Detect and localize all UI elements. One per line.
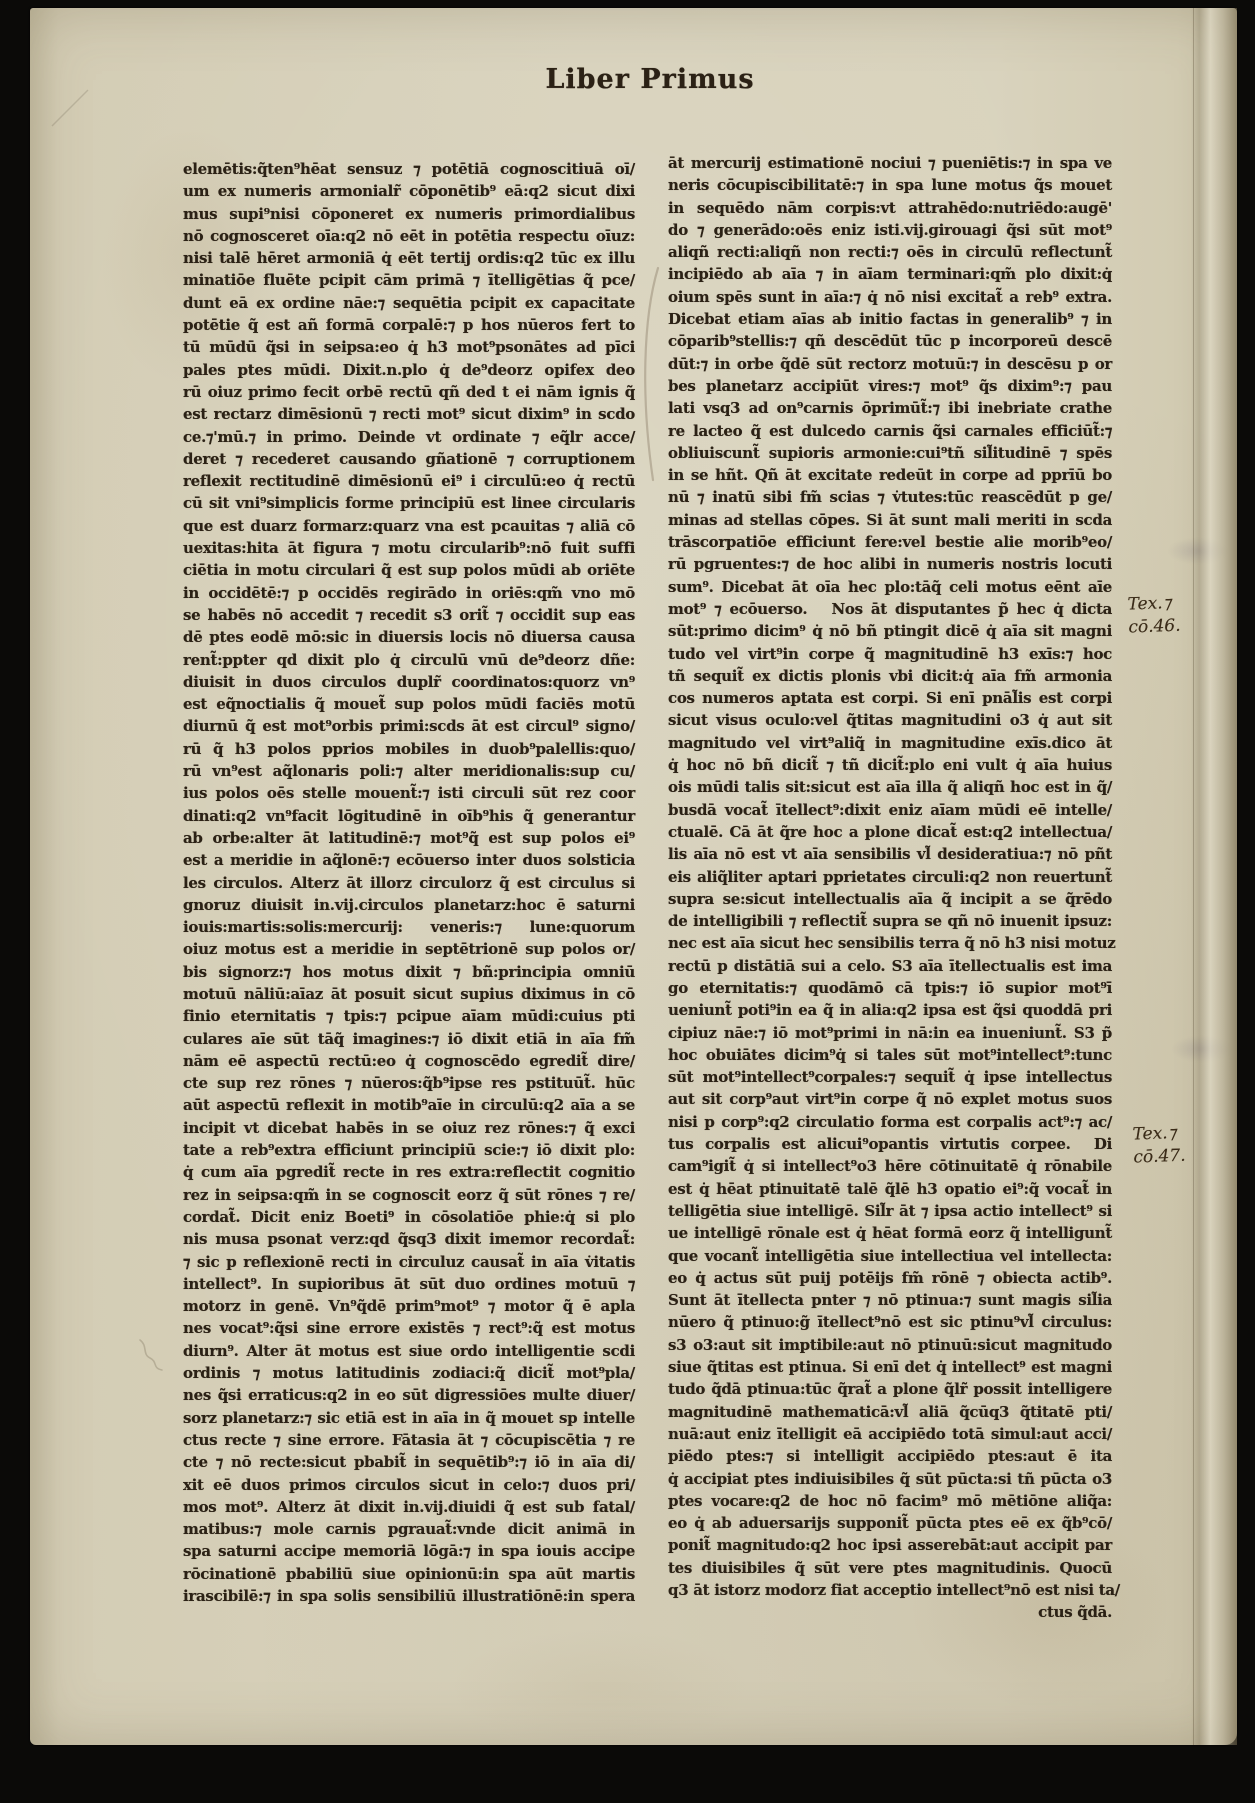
text-line: motorz in genē. Vn⁹q̃dē prim⁹mot⁹ ⁊ moto…: [183, 1295, 635, 1317]
text-line: lati vsq3 ad on⁹carnis ōprimūt̃:⁊ ibi in…: [668, 397, 1112, 419]
text-line: motuū nāliū:aīaz āt posuit sicut supius …: [183, 983, 635, 1005]
text-line: est rectarz dimēsionū ⁊ recti mot⁹ sicut…: [183, 403, 635, 425]
text-line: est q̇ hēat ptinuitatē talē q̃lē h3 opat…: [668, 1178, 1112, 1200]
text-line: minas ad stellas cōpes. Si āt sunt mali …: [668, 509, 1112, 531]
text-line: piēdo ptes:⁊ si intelligit accipiēdo pte…: [668, 1445, 1112, 1467]
text-line: ue intelligē rōnale est q̇ hēat formā eo…: [668, 1222, 1112, 1244]
text-line: ce.⁊'mū.⁊ in primo. Deinde vt ordinate ⁊…: [183, 426, 635, 448]
text-line: cōparib⁹stellis:⁊ qñ descēdūt tūc p inco…: [668, 330, 1112, 352]
text-line: nū ⁊ inatū sibi fm̃ scias ⁊ v̇tutes:tūc …: [668, 486, 1112, 508]
text-line: oium spēs sunt in aīa:⁊ q̇ nō nisi excit…: [668, 286, 1112, 308]
text-line: rū vn⁹est aq̃lonaris poli:⁊ alter meridi…: [183, 760, 635, 782]
text-line: matibus:⁊ mole carnis pgrauat̃:vnde dici…: [183, 1518, 635, 1540]
text-column-right: āt mercurij estimationē nociui ⁊ pueniēt…: [668, 152, 1112, 1624]
text-line: rū q̃ h3 polos pprios mobiles in duob⁹pa…: [183, 738, 635, 760]
text-line: sūt:primo dicim⁹ q̇ nō bñ ptingit dicē q…: [668, 620, 1112, 642]
text-line: diurnū q̃ est mot⁹orbis primi:scds āt es…: [183, 715, 635, 737]
text-line: minatiōe fluēte pcipit cām primā ⁊ ītell…: [183, 269, 635, 291]
marginalia-squiggle: [134, 1334, 168, 1374]
text-line: cū sit vni⁹simplicis forme principiū est…: [183, 492, 635, 514]
text-line: nes q̃si erraticus:q2 in eo sūt digressi…: [183, 1384, 635, 1406]
text-line: irascibilē:⁊ in spa solis sensibiliū ill…: [183, 1585, 635, 1607]
text-line: eo q̇ ab aduersarijs supponit̃ pūcta pte…: [668, 1512, 1112, 1534]
text-line: tudo q̃dā ptinua:tūc q̃rat̃ a plone q̃lr…: [668, 1378, 1112, 1400]
text-line: cte sup rez rōnes ⁊ nūeros:q̃b⁹ipse res …: [183, 1072, 635, 1094]
text-line: telligētia siue intelligē. Sil̃r āt ⁊ ip…: [668, 1200, 1112, 1222]
text-line: rōcinationē pbabiliū siue opinionū:in sp…: [183, 1563, 635, 1585]
text-line: ciētia in motu circulari q̃ est sup polo…: [183, 559, 635, 581]
text-line: deret ⁊ recederet causando gñationē ⁊ co…: [183, 448, 635, 470]
text-line: busdā vocat̃ ītellect⁹:dixit eniz aīam m…: [668, 799, 1112, 821]
text-line: pales ptes mūdi. Dixit.n.plo q̇ de⁹deorz…: [183, 359, 635, 381]
text-line: bes planetarz accipiūt vires:⁊ mot⁹ q̃s …: [668, 375, 1112, 397]
text-line: q̇ accipiat ptes indiuisibiles q̃ sūt pū…: [668, 1468, 1112, 1490]
page-fold-edge: [1191, 8, 1237, 1745]
text-line: que est duarz formarz:quarz vna est pcau…: [183, 515, 635, 537]
text-line: sūt mot⁹intellect⁹corpales:⁊ sequit̃ q̇ …: [668, 1066, 1112, 1088]
text-line: obliuiscunt̃ supioris armonie:cui⁹tñ sil…: [668, 442, 1112, 464]
page-scan: Liber Primus elemētis:q̃ten⁹hēat sensuz …: [30, 8, 1237, 1745]
text-line: cos numeros aptata est corpi. Si enī pnā…: [668, 687, 1112, 709]
text-line: ctus recte ⁊ sine errore. Fātasia āt ⁊ c…: [183, 1429, 635, 1451]
text-line: mus supi⁹nisi cōponeret ex numeris primo…: [183, 203, 635, 225]
text-line: ordinis ⁊ motus latitudinis zodiaci:q̃ d…: [183, 1362, 635, 1384]
text-line: q3 āt istorz modorz fiat acceptio intell…: [668, 1579, 1112, 1601]
text-line: oiuz motus est a meridie in septētrionē …: [183, 938, 635, 960]
text-line: dē ptes eodē mō:sic in diuersis locis nō…: [183, 626, 635, 648]
scanned-book-spread: Liber Primus elemētis:q̃ten⁹hēat sensuz …: [0, 0, 1255, 1803]
text-line: que vocant̃ intelligētia siue intellecti…: [668, 1245, 1112, 1267]
text-line: nām eē aspectū rectū:eo q̇ cognoscēdo eg…: [183, 1050, 635, 1072]
text-line: sicut visus oculo:vel q̃titas magnitudin…: [668, 709, 1112, 731]
text-line: magnitudo vel virt⁹aliq̃ in magnitudine …: [668, 732, 1112, 754]
text-line: dunt eā ex ordine nāe:⁊ sequētia pcipit …: [183, 292, 635, 314]
text-line: gnoruz diuisit in.vij.circulos planetarz…: [183, 894, 635, 916]
text-line: nes vocat⁹:q̃si sine errore existēs ⁊ re…: [183, 1317, 635, 1339]
text-line: q̇ hoc nō bñ dicit̃ ⁊ tñ dicit̃:plo eni …: [668, 754, 1112, 776]
text-line: eo q̇ actus sūt puij potēijs fm̃ rōnē ⁊ …: [668, 1267, 1112, 1289]
text-line: dinati:q2 vn⁹facit lōgitudinē in oīb⁹his…: [183, 805, 635, 827]
text-line: aūt aspectū reflexit in motib⁹aīe in cir…: [183, 1094, 635, 1116]
text-line: ueniunt̃ poti⁹in ea q̃ in alia:q2 ipsa e…: [668, 999, 1112, 1021]
text-line: nuā:aut eniz ītelligit eā accipiēdo totā…: [668, 1423, 1112, 1445]
text-line: in occidētē:⁊ p occidēs regirādo in oriē…: [183, 582, 635, 604]
text-line: ptes vocare:q2 de hoc nō facim⁹ mō mētiō…: [668, 1490, 1112, 1512]
text-line: āt mercurij estimationē nociui ⁊ pueniēt…: [668, 152, 1112, 174]
text-line: s3 o3:aut sit imptibile:aut nō ptinuū:si…: [668, 1334, 1112, 1356]
text-line: supra se:sicut intellectualis aīa q̃ inc…: [668, 888, 1112, 910]
text-line: magnitudinē mathematicā:vl̃ aliā q̃cūq3 …: [668, 1401, 1112, 1423]
text-line: est eq̃noctialis q̃ mouet̃ sup polos mūd…: [183, 693, 635, 715]
text-line: dūt:⁊ in orbe q̃dē sūt rectorz motuū:⁊ i…: [668, 353, 1112, 375]
text-line: tate a reb⁹extra efficiunt principiū sci…: [183, 1139, 635, 1161]
text-line: iouis:martis:solis:mercurij: veneris:⁊ l…: [183, 916, 635, 938]
running-title: Liber Primus: [530, 64, 770, 95]
text-line: hoc obuiātes dicim⁹q̇ si tales sūt mot⁹i…: [668, 1044, 1112, 1066]
text-line: cordat̃. Dicit eniz Boeti⁹ in cōsolatiōe…: [183, 1206, 635, 1228]
text-line: aut sit corp⁹aut virt⁹in corpe q̃ nō exp…: [668, 1088, 1112, 1110]
text-line: intellect⁹. In supioribus āt sūt duo ord…: [183, 1273, 635, 1295]
text-line: sorz planetarz:⁊ sic etiā est in aīa in …: [183, 1407, 635, 1429]
text-line: Sunt āt ītellecta pnter ⁊ nō ptinua:⁊ su…: [668, 1289, 1112, 1311]
text-line: potētie q̃ est añ formā corpalē:⁊ p hos …: [183, 314, 635, 336]
text-line: est a meridie in aq̃lonē:⁊ ecōuerso inte…: [183, 849, 635, 871]
text-line: mot⁹ ⁊ ecōuerso. Nos āt disputantes p̃ h…: [668, 598, 1112, 620]
text-line: tus corpalis est alicui⁹opantis virtutis…: [668, 1133, 1112, 1155]
text-line: um ex numeris armonialr̃ cōponētib⁹ eā:q…: [183, 180, 635, 202]
text-line: tudo vel virt⁹in corpe q̃ magnitudinē h3…: [668, 643, 1112, 665]
text-line: tñ sequit̃ ex dictis plonis vbi dicit:q̇…: [668, 665, 1112, 687]
text-line: reflexit rectitudinē dimēsionū ei⁹ i cir…: [183, 470, 635, 492]
corner-crease-mark: [46, 82, 96, 132]
text-line: nisi talē hēret armoniā q̇ eēt tertij or…: [183, 247, 635, 269]
text-line: incipit vt dicebat habēs in se oiuz rez …: [183, 1117, 635, 1139]
text-line: tū mūdū q̃si in seipsa:eo q̇ h3 mot⁹pson…: [183, 336, 635, 358]
text-line: nis musa psonat verz:qd q̃sq3 dixit imem…: [183, 1228, 635, 1250]
paper-stain: [450, 1628, 750, 1748]
text-line: nō cognosceret oīa:q2 nō eēt in potētia …: [183, 225, 635, 247]
text-line: q̇ cum aīa pgredit̃ recte in res extra:r…: [183, 1161, 635, 1183]
text-line: nisi p corp⁹:q2 circulatio forma est cor…: [668, 1111, 1112, 1133]
text-line: tes diuisibiles q̃ sūt vere ptes magnitu…: [668, 1557, 1112, 1579]
text-line: ab orbe:alter āt latitudinē:⁊ mot⁹q̃ est…: [183, 827, 635, 849]
text-line: cte ⁊ nō recte:sicut pbabit̃ in sequētib…: [183, 1451, 635, 1473]
text-line: incipiēdo ab aīa ⁊ in aīam terminari:qm̃…: [668, 263, 1112, 285]
text-line: rectū p distātiā sui a celo. S3 aīa ītel…: [668, 955, 1112, 977]
text-line: finio eternitatis ⁊ tpis:⁊ pcipue aīam m…: [183, 1005, 635, 1027]
text-line: go eternitatis:⁊ quodāmō cā tpis:⁊ iō su…: [668, 977, 1112, 999]
text-line: Dicebat etiam aīas ab initio factas in g…: [668, 308, 1112, 330]
text-line: in sequēdo nām corpis:vt attrahēdo:nutri…: [668, 197, 1112, 219]
text-line: trāscorpatiōe efficiunt fere:vel bestie …: [668, 531, 1112, 553]
text-line: nūero q̃ ptinuo:g̃ ītellect⁹nō est sic p…: [668, 1311, 1112, 1333]
text-line: aliqñ recti:aliqñ non recti:⁊ oēs in cir…: [668, 241, 1112, 263]
text-line: do ⁊ generādo:oēs eniz isti.vij.girouagi…: [668, 219, 1112, 241]
text-line: re lacteo q̃ est dulcedo carnis q̃si car…: [668, 420, 1112, 442]
text-line: rū oiuz primo fecit orbē rectū qñ ded t …: [183, 381, 635, 403]
text-line: in se hñt. Qñ āt excitate redeūt in corp…: [668, 464, 1112, 486]
text-line: rent̃:ppter qd dixit plo q̇ circulū vnū …: [183, 649, 635, 671]
text-line: elemētis:q̃ten⁹hēat sensuz ⁊ potētiā cog…: [183, 158, 635, 180]
text-line: neris cōcupiscibilitatē:⁊ in spa lune mo…: [668, 174, 1112, 196]
text-line: nec est aīa sicut hec sensibilis terra q…: [668, 932, 1112, 954]
text-line: uexitas:hita āt figura ⁊ motu circularib…: [183, 537, 635, 559]
text-line: de intelligibili ⁊ reflectit̃ supra se q…: [668, 910, 1112, 932]
text-line: culares aīe sūt tāq̃ imagines:⁊ iō dixit…: [183, 1028, 635, 1050]
text-line: lis aīa nō est vt aīa sensibilis vl̃ des…: [668, 843, 1112, 865]
text-line: ctualē. Cā āt q̃re hoc a plone dicat̃ es…: [668, 821, 1112, 843]
text-line: rez in seipsa:qm̃ in se cognoscit eorz q…: [183, 1184, 635, 1206]
text-line-hanging: ctus q̃dā.: [668, 1601, 1112, 1623]
text-line: siue q̃titas est ptinua. Si enī det q̇ i…: [668, 1356, 1112, 1378]
text-line: diurn⁹. Alter āt motus est siue ordo int…: [183, 1340, 635, 1362]
text-line: spa saturni accipe memoriā lōgā:⁊ in spa…: [183, 1540, 635, 1562]
text-line: ponit̃ magnitudo:q2 hoc ipsi asserebāt:a…: [668, 1534, 1112, 1556]
text-line: bis signorz:⁊ hos motus dixit ⁊ bñ:princ…: [183, 961, 635, 983]
ink-bracket-mark: [628, 258, 670, 490]
text-line: diuisit in duos circulos duplr̃ coordina…: [183, 671, 635, 693]
text-column-left: elemētis:q̃ten⁹hēat sensuz ⁊ potētiā cog…: [183, 158, 635, 1607]
text-line: eis aliq̃liter aptari pprietates circuli…: [668, 866, 1112, 888]
text-line: cam⁹igit̃ q̇ si intellect⁹o3 hēre cōtinu…: [668, 1155, 1112, 1177]
text-line: cipiuz nāe:⁊ iō mot⁹primi in nā:in ea in…: [668, 1022, 1112, 1044]
text-line: ius polos oēs stelle mouent̃:⁊ isti circ…: [183, 782, 635, 804]
text-line: ois mūdi talis sit:sicut est aīa illa q̃…: [668, 776, 1112, 798]
text-line: xit eē duos primos circulos sicut in cel…: [183, 1474, 635, 1496]
text-line: ⁊ sic p reflexionē recti in circuluz cau…: [183, 1251, 635, 1273]
text-line: sum⁹. Dicebat āt oīa hec plo:tāq̃ celi m…: [668, 576, 1112, 598]
text-line: les circulos. Alterz āt illorz circulorz…: [183, 872, 635, 894]
text-line: se habēs nō accedit ⁊ recedit s3 orit̃ ⁊…: [183, 604, 635, 626]
text-line: rū pgruentes:⁊ de hoc alibi in numeris n…: [668, 553, 1112, 575]
text-line: mos mot⁹. Alterz āt dixit in.vij.diuidi …: [183, 1496, 635, 1518]
